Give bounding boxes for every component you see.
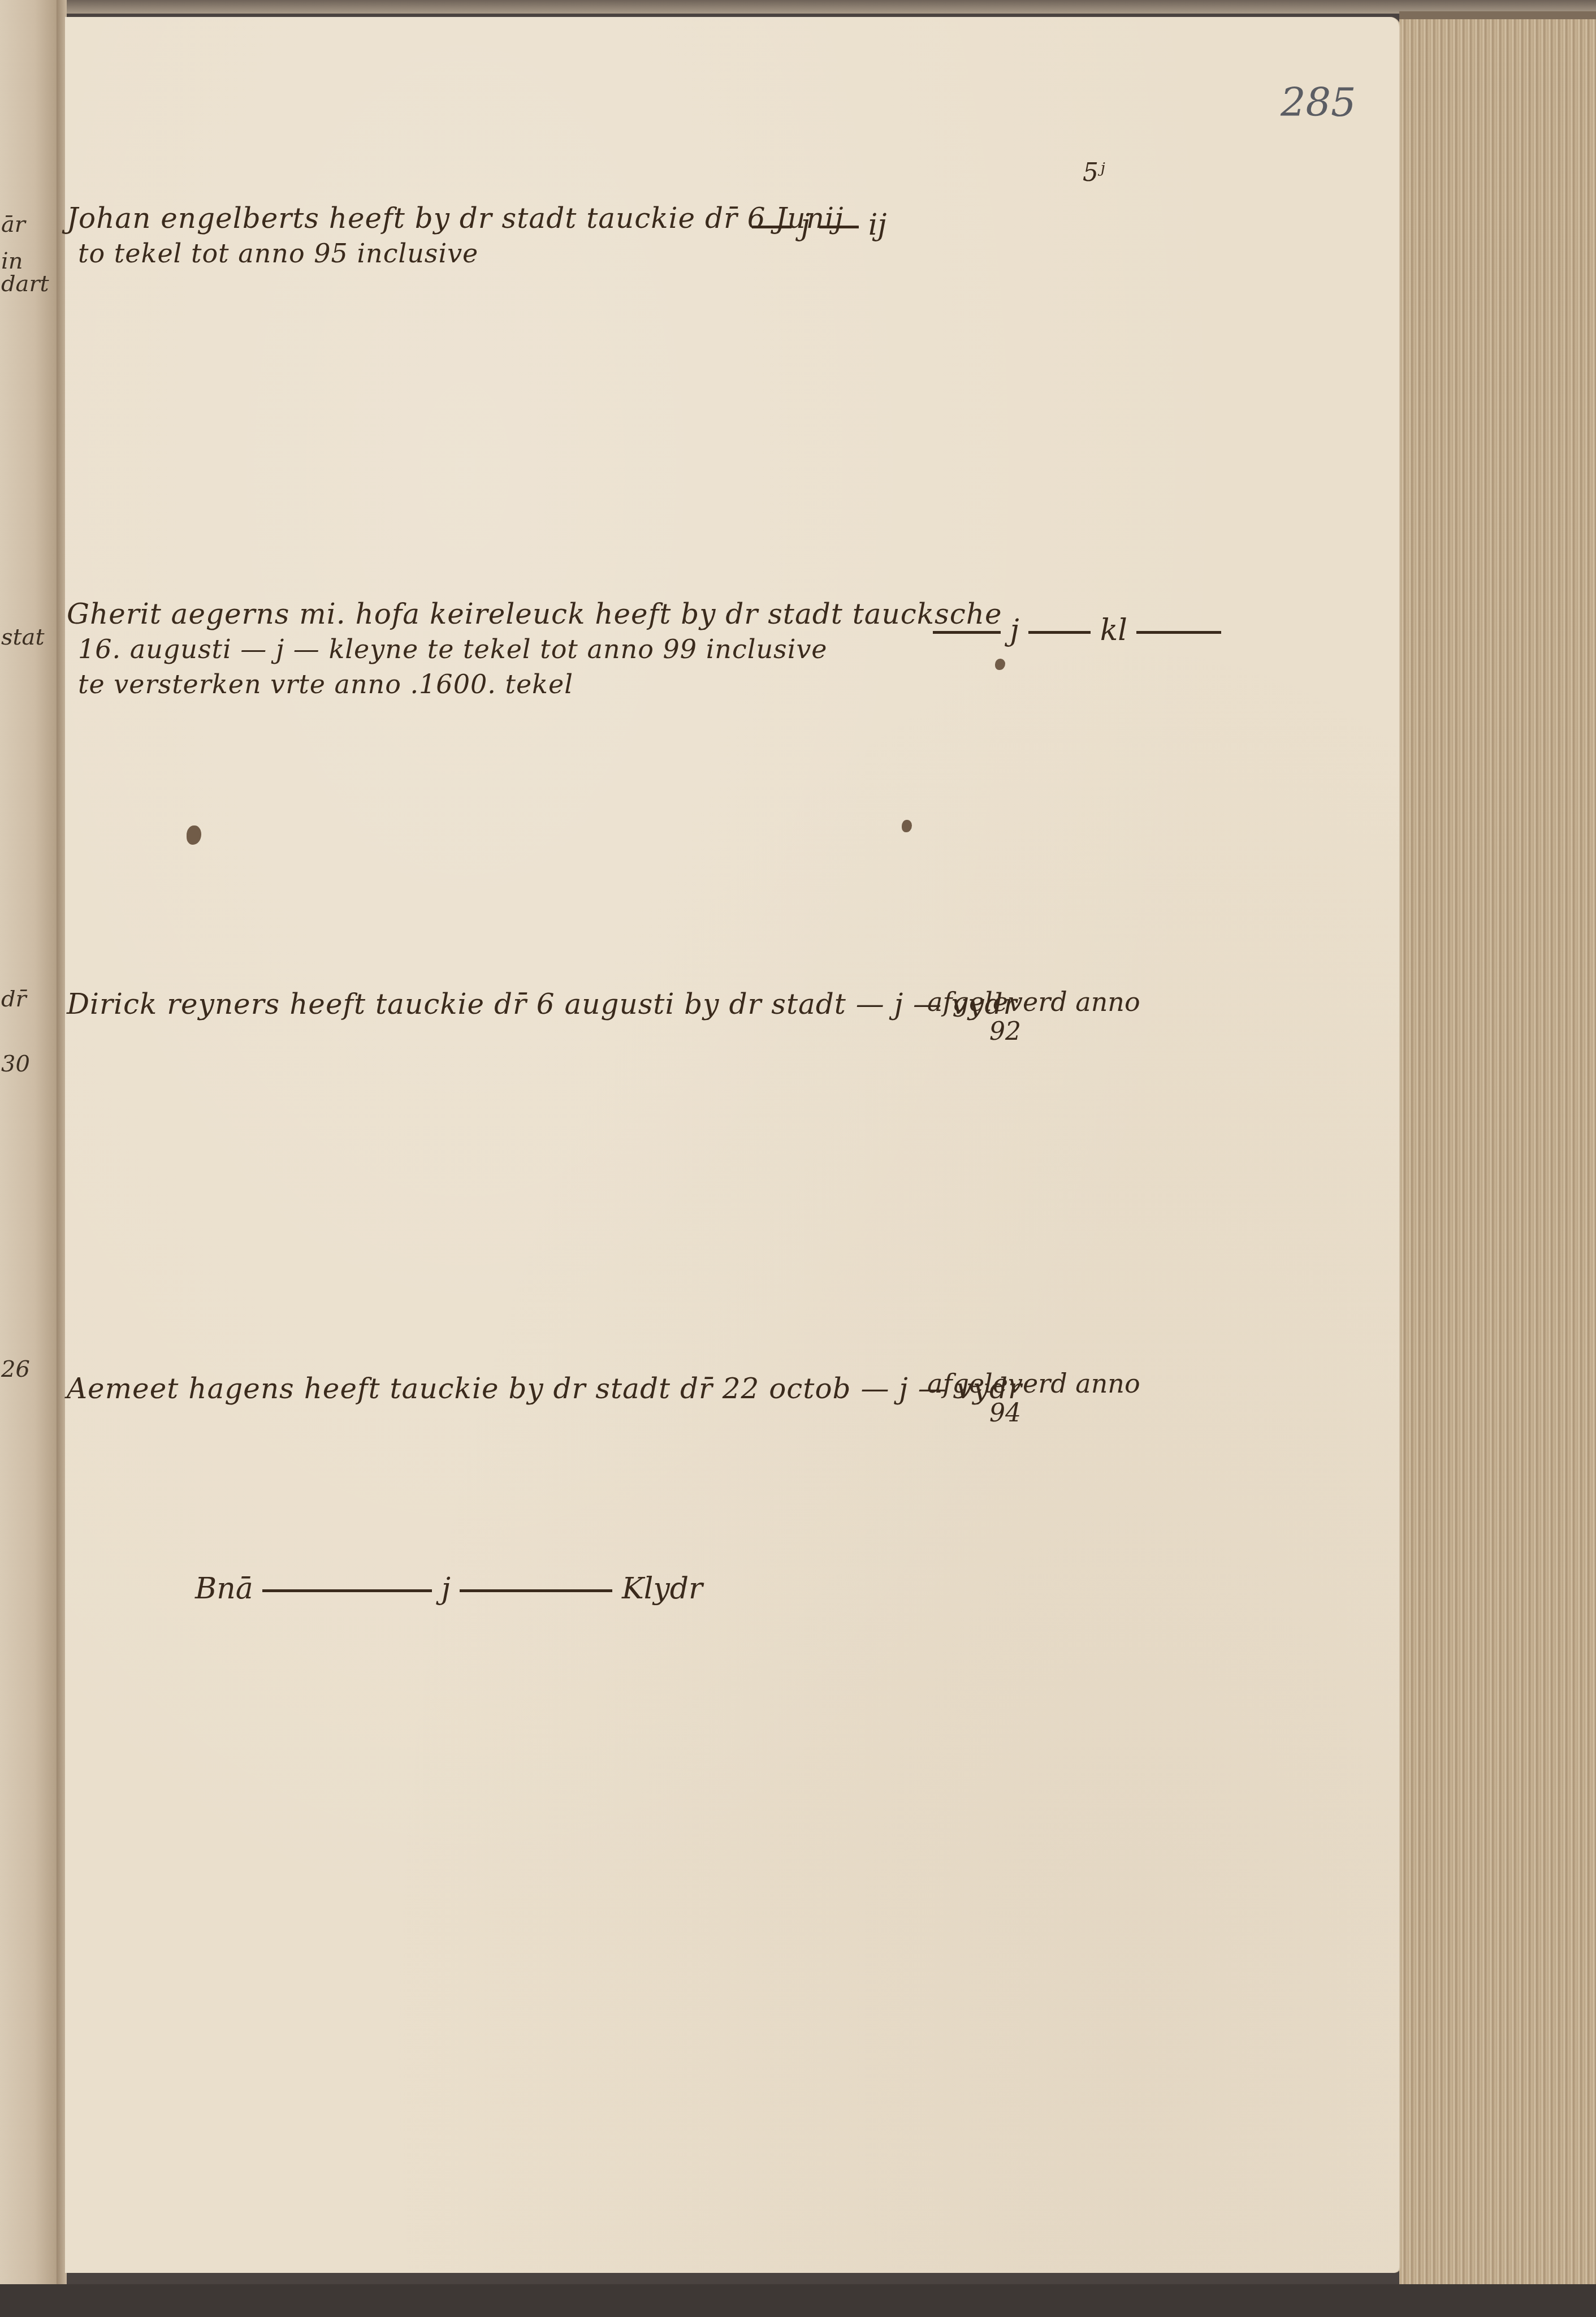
entry-amount: j kl xyxy=(933,613,1221,647)
facing-page-fragment: dart xyxy=(1,271,49,296)
summary-unit: Klydr xyxy=(622,1572,703,1606)
facing-page-fragment: 26 xyxy=(1,1357,30,1382)
facing-page xyxy=(0,0,63,2296)
ledger-entry: Dirick reyners heeft tauckie dr̄ 6 augus… xyxy=(67,987,1017,1022)
delivery-annotation: afgeleverd anno 94 xyxy=(927,1368,1140,1428)
annotation-text: afgeleverd anno xyxy=(927,987,1140,1017)
facing-page-fragment: 30 xyxy=(1,1052,30,1077)
amount-count: j xyxy=(801,208,810,242)
annotation-year: 94 xyxy=(927,1399,1140,1428)
annotation-text: afgeleverd anno xyxy=(927,1368,1140,1399)
entry-line: to tekel tot anno 95 inclusive xyxy=(67,236,844,271)
rule-dash xyxy=(262,1589,432,1592)
entry-line: 16. augusti — j — kleyne te tekel tot an… xyxy=(67,632,1002,667)
entry-line: te versterken vrte anno .1600. tekel xyxy=(67,667,1002,702)
folio-number: 285 xyxy=(1281,79,1356,126)
entry-line: Johan engelberts heeft by dr stadt tauck… xyxy=(67,201,844,236)
facing-page-fragment: dr̄ xyxy=(1,987,27,1011)
rule-dash xyxy=(1028,631,1091,634)
entry-amount: j ij xyxy=(752,208,886,242)
ledger-entry: Johan engelberts heeft by dr stadt tauck… xyxy=(67,201,844,271)
manuscript-page xyxy=(65,17,1399,2273)
ledger-entry: Gherit aegerns mi. hofa keireleuck heeft… xyxy=(67,596,1002,702)
amount-unit: ij xyxy=(868,208,887,242)
summary-total: Bnā j Klydr xyxy=(195,1572,703,1606)
scan-bottom-edge xyxy=(0,2284,1596,2317)
rule-dash xyxy=(460,1589,612,1592)
entry-line: Gherit aegerns mi. hofa keireleuck heeft… xyxy=(67,596,1002,632)
ledger-entry: Aemeet hagens heeft tauckie by dr stadt … xyxy=(67,1371,1022,1406)
fore-edge-page-stack xyxy=(1399,11,1596,2286)
entry-line: Aemeet hagens heeft tauckie by dr stadt … xyxy=(67,1371,1022,1406)
facing-page-fragment: ār xyxy=(1,212,25,237)
summary-label: Bnā xyxy=(195,1572,253,1606)
marginal-note: 5ʲ xyxy=(1083,158,1105,187)
rule-dash xyxy=(1136,631,1221,634)
delivery-annotation: afgeleverd anno 92 xyxy=(927,987,1140,1046)
amount-count: j xyxy=(1010,613,1019,647)
summary-count: j xyxy=(442,1572,451,1606)
scan-top-edge xyxy=(0,0,1596,14)
facing-page-fragment: in xyxy=(1,249,23,274)
entry-line: Dirick reyners heeft tauckie dr̄ 6 augus… xyxy=(67,987,1017,1022)
amount-unit: kl xyxy=(1100,613,1127,647)
rule-dash xyxy=(819,226,859,228)
annotation-year: 92 xyxy=(927,1017,1140,1046)
rule-dash xyxy=(933,631,1001,634)
facing-page-fragment: stat xyxy=(1,625,45,650)
rule-dash xyxy=(752,226,791,228)
